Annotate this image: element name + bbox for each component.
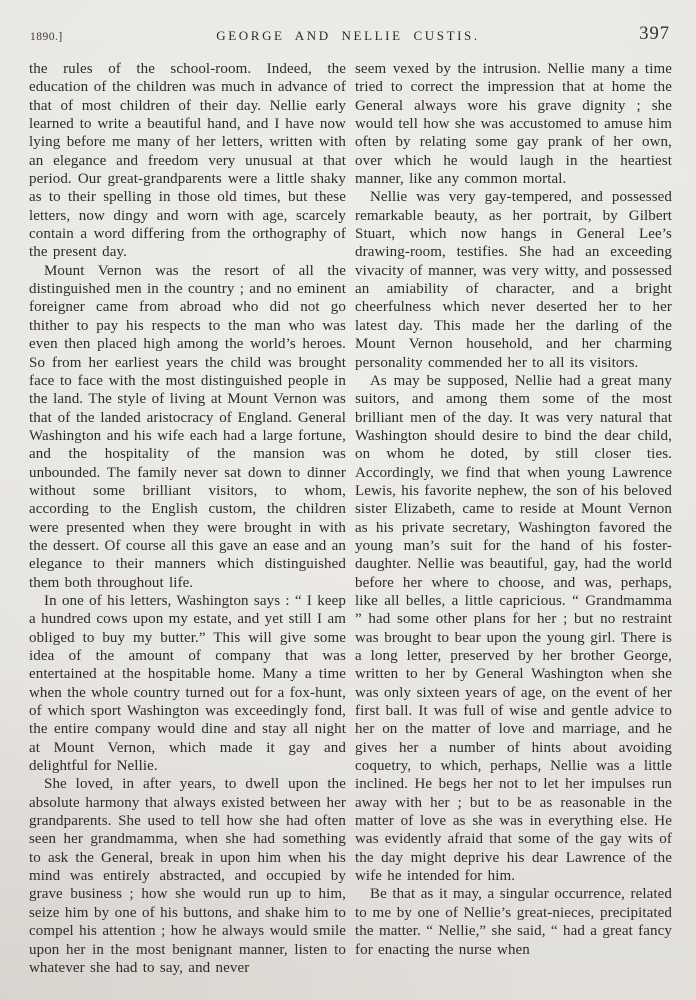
left-column: the rules of the school-room. Indeed, th… (29, 60, 346, 977)
paragraph: In one of his letters, Washington says :… (29, 592, 346, 775)
paragraph: As may be supposed, Nellie had a great m… (355, 372, 672, 886)
page-header: 1890.] GEORGE AND NELLIE CUSTIS. 397 (0, 0, 696, 52)
text-columns: the rules of the school-room. Indeed, th… (29, 60, 671, 977)
scanned-page: 1890.] GEORGE AND NELLIE CUSTIS. 397 the… (0, 0, 696, 1000)
paragraph: Nellie was very gay-tempered, and posses… (355, 188, 672, 371)
right-column: seem vexed by the intrusion. Nellie many… (355, 60, 672, 977)
paragraph: seem vexed by the intrusion. Nellie many… (355, 60, 672, 188)
paragraph: She loved, in after years, to dwell upon… (29, 775, 346, 977)
paragraph: the rules of the school-room. Indeed, th… (29, 60, 346, 262)
running-title: GEORGE AND NELLIE CUSTIS. (0, 28, 696, 44)
paragraph: Be that as it may, a singular occurrence… (355, 885, 672, 958)
page-number: 397 (639, 24, 670, 45)
paragraph: Mount Vernon was the resort of all the d… (29, 262, 346, 592)
